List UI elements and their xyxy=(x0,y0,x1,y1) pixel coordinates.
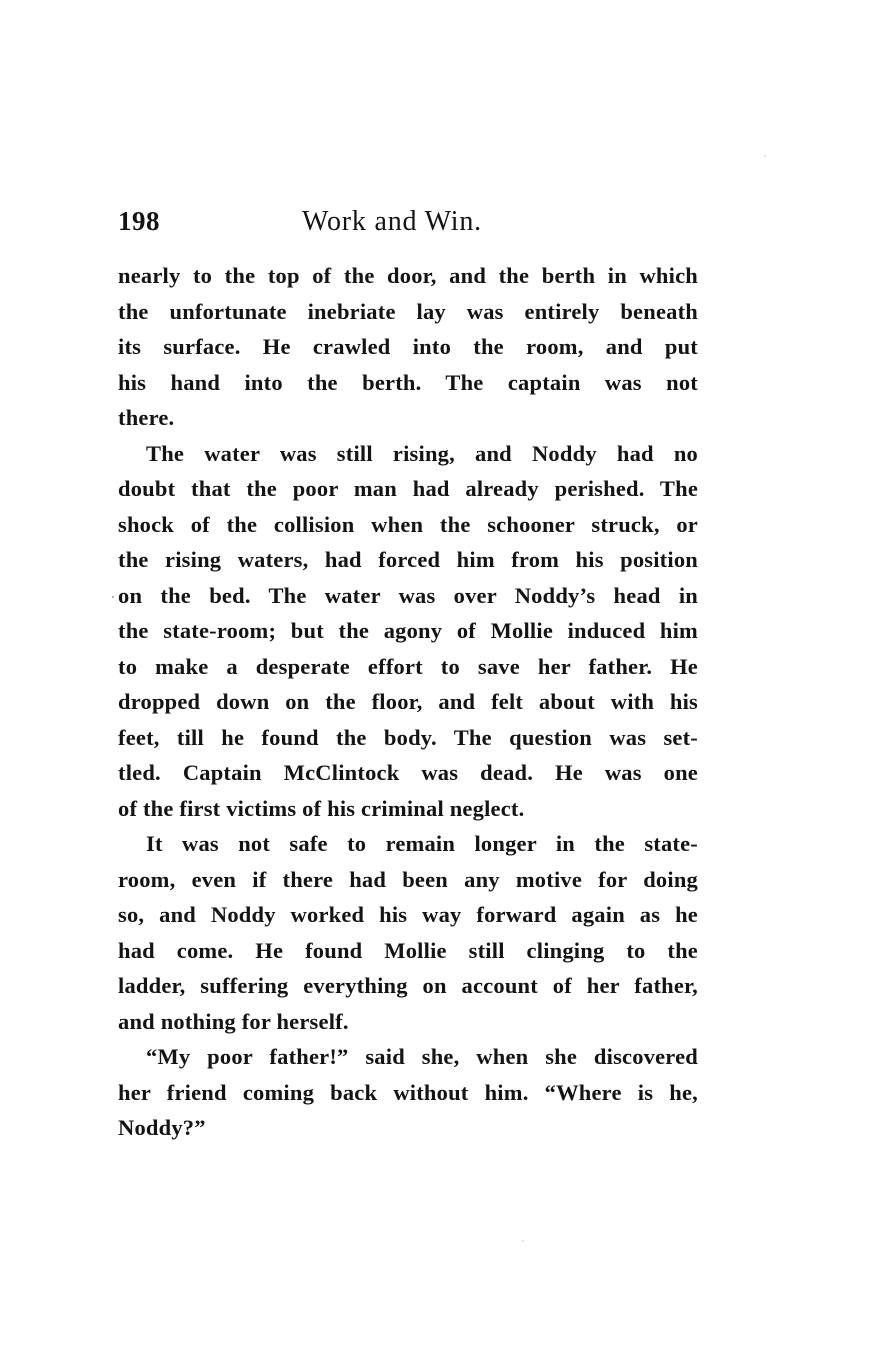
text-line: dropped down on the floor, and felt abou… xyxy=(118,684,698,720)
running-title: Work and Win. xyxy=(302,206,482,238)
text-line: on the bed. The water was over Noddy’s h… xyxy=(118,578,698,614)
paragraph: nearly to the top of the door, and the b… xyxy=(118,258,698,436)
text-line: of the first victims of his criminal neg… xyxy=(118,791,698,827)
text-line: tled. Captain McClintock was dead. He wa… xyxy=(118,755,698,791)
scan-speck xyxy=(112,596,114,598)
text-line: shock of the collision when the schooner… xyxy=(118,507,698,543)
text-line: It was not safe to remain longer in the … xyxy=(118,826,698,862)
paragraph: The water was still rising, and Noddy ha… xyxy=(118,436,698,827)
text-line: so, and Noddy worked his way forward aga… xyxy=(118,897,698,933)
text-line: there. xyxy=(118,400,698,436)
book-page: 198 Work and Win. nearly to the top of t… xyxy=(0,0,883,1360)
text-line: the unfortunate inebriate lay was entire… xyxy=(118,294,698,330)
paragraph: “My poor father!” said she, when she dis… xyxy=(118,1039,698,1146)
text-line: its surface. He crawled into the room, a… xyxy=(118,329,698,365)
text-line: feet, till he found the body. The questi… xyxy=(118,720,698,756)
text-line: had come. He found Mollie still clinging… xyxy=(118,933,698,969)
text-line: the rising waters, had forced him from h… xyxy=(118,542,698,578)
text-line: her friend coming back without him. “Whe… xyxy=(118,1075,698,1111)
text-line: Noddy?” xyxy=(118,1110,698,1146)
scan-speck xyxy=(522,1240,524,1242)
text-line: and nothing for herself. xyxy=(118,1004,698,1040)
text-line: the state-room; but the agony of Mollie … xyxy=(118,613,698,649)
text-line: to make a desperate effort to save her f… xyxy=(118,649,698,685)
page-number: 198 xyxy=(118,206,160,237)
scan-speck xyxy=(764,155,766,157)
paragraph: It was not safe to remain longer in the … xyxy=(118,826,698,1039)
text-line: his hand into the berth. The captain was… xyxy=(118,365,698,401)
text-line: “My poor father!” said she, when she dis… xyxy=(118,1039,698,1075)
running-head: 198 Work and Win. xyxy=(118,206,698,246)
text-line: ladder, suffering everything on account … xyxy=(118,968,698,1004)
text-line: room, even if there had been any motive … xyxy=(118,862,698,898)
text-line: doubt that the poor man had already peri… xyxy=(118,471,698,507)
text-line: nearly to the top of the door, and the b… xyxy=(118,258,698,294)
text-line: The water was still rising, and Noddy ha… xyxy=(118,436,698,472)
body-text: nearly to the top of the door, and the b… xyxy=(118,258,698,1146)
